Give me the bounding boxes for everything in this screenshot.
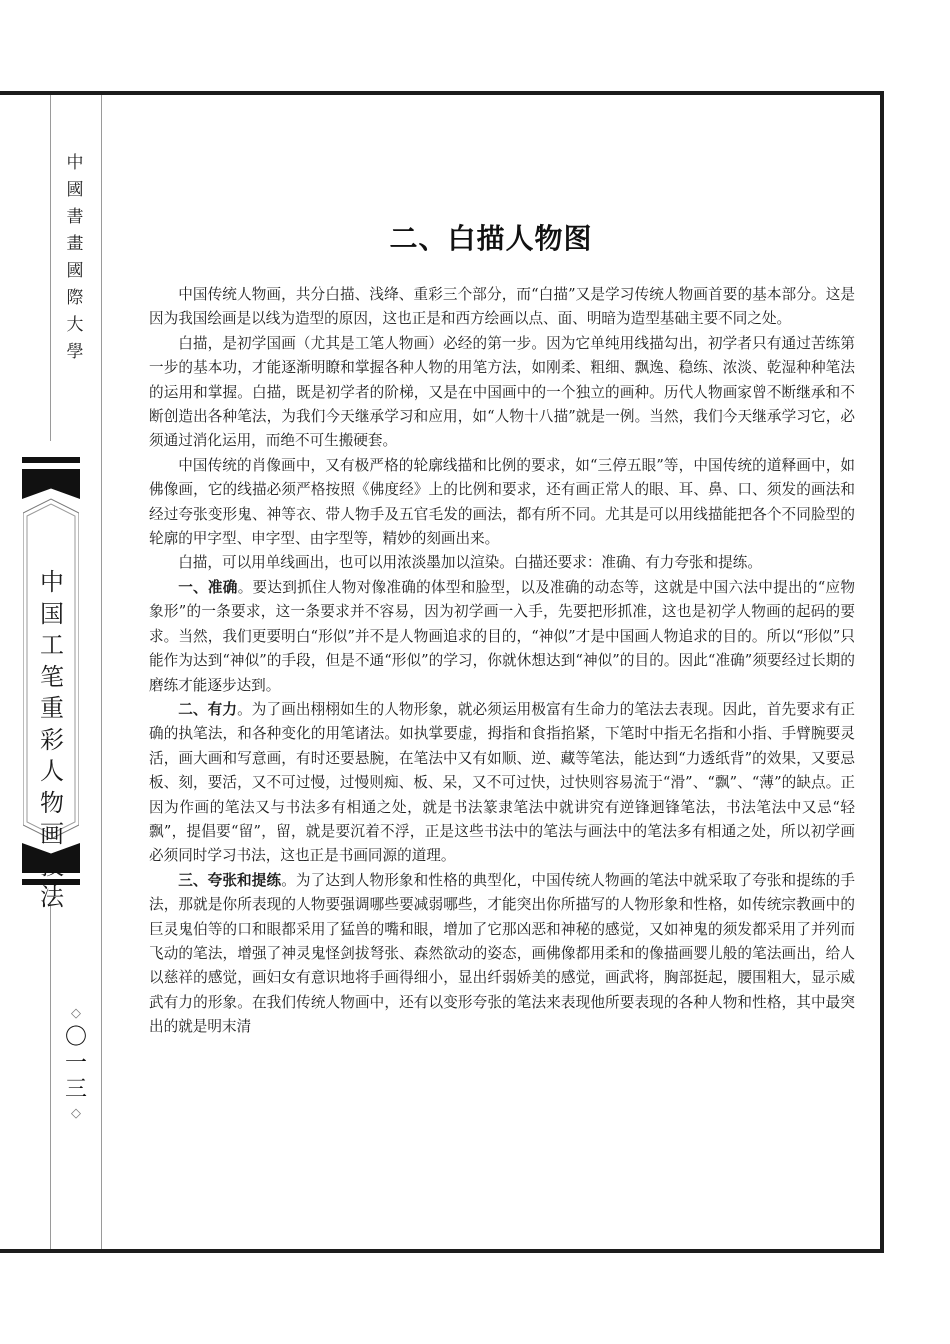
diamond-icon: ◇ bbox=[71, 1103, 81, 1125]
page-digit: 一 bbox=[65, 1051, 87, 1077]
page-number: ◇ 〇 一 三 ◇ bbox=[58, 1003, 94, 1125]
paragraph-text: 白描，可以用单线画出，也可以用浓淡墨加以渲染。白描还要求：准确、有力夸张和提练。 bbox=[178, 554, 762, 571]
paragraph: 三、夸张和提练。为了达到人物形象和性格的典型化，中国传统人物画的笔法中就采取了夸… bbox=[149, 869, 855, 1040]
paragraph-text: 中国传统的肖像画中，又有极严格的轮廓线描和比例的要求，如“三停五眼”等，中国传统… bbox=[149, 457, 855, 547]
series-char: 大 bbox=[67, 312, 84, 339]
banner-panel-outline: 中 国 工 笔 重 彩 人 物 画 技 法 bbox=[23, 497, 79, 841]
paragraph-lead: 三、夸张和提练 bbox=[178, 872, 281, 889]
paragraph: 二、有力。为了画出栩栩如生的人物形象，就必须运用极富有生命力的笔法去表现。因此，… bbox=[149, 698, 855, 869]
page-digit: 〇 bbox=[65, 1025, 87, 1051]
article-body: 中国传统人物画，共分白描、浅绛、重彩三个部分，而“白描”又是学习传统人物画首要的… bbox=[149, 283, 855, 1040]
title-char: 重 bbox=[40, 693, 64, 725]
series-char: 國 bbox=[67, 258, 84, 285]
paragraph: 一、准确。要达到抓住人物对像准确的体型和脸型，以及准确的动态等，这就是中国六法中… bbox=[149, 576, 855, 698]
title-char: 法 bbox=[40, 882, 64, 914]
paragraph-text: 。为了画出栩栩如生的人物形象，就必须运用极富有生命力的笔法去表现。因此，首先要求… bbox=[149, 701, 855, 864]
banner-chevron-top bbox=[22, 469, 80, 499]
frame-top-border bbox=[0, 91, 884, 95]
title-char: 人 bbox=[40, 756, 64, 788]
title-char: 画 bbox=[40, 819, 64, 851]
paragraph: 中国传统人物画，共分白描、浅绛、重彩三个部分，而“白描”又是学习传统人物画首要的… bbox=[149, 283, 855, 332]
banner-bar-bottom bbox=[22, 879, 80, 885]
series-char: 書 bbox=[67, 204, 84, 231]
paragraph-text: 白描，是初学国画（尤其是工笔人物画）必经的第一步。因为它单纯用线描勾出，初学者只… bbox=[149, 335, 855, 450]
title-char: 笔 bbox=[40, 662, 64, 694]
series-char: 際 bbox=[67, 285, 84, 312]
page-digit: 三 bbox=[65, 1077, 87, 1103]
paragraph: 白描，是初学国画（尤其是工笔人物画）必经的第一步。因为它单纯用线描勾出，初学者只… bbox=[149, 332, 855, 454]
series-char: 畫 bbox=[67, 231, 84, 258]
title-char: 物 bbox=[40, 788, 64, 820]
title-char: 国 bbox=[40, 599, 64, 631]
paragraph-text: 。要达到抓住人物对像准确的体型和脸型，以及准确的动态等，这就是中国六法中提出的“… bbox=[149, 579, 855, 694]
sidebar-rule-lower bbox=[50, 902, 51, 1249]
series-char: 學 bbox=[67, 339, 84, 366]
paragraph-text: 。为了达到人物形象和性格的典型化，中国传统人物画的笔法中就采取了夸张和提练的手法… bbox=[149, 872, 855, 1035]
paragraph: 中国传统的肖像画中，又有极严格的轮廓线描和比例的要求，如“三停五眼”等，中国传统… bbox=[149, 454, 855, 552]
banner-bar-top bbox=[22, 457, 80, 463]
series-name-vertical: 中 國 書 畫 國 際 大 學 bbox=[62, 150, 88, 366]
title-char: 工 bbox=[40, 630, 64, 662]
frame-right-border bbox=[880, 91, 884, 1253]
book-title-banner: 中 国 工 笔 重 彩 人 物 画 技 法 bbox=[22, 457, 80, 885]
diamond-icon: ◇ bbox=[71, 1003, 81, 1025]
series-char: 中 bbox=[67, 150, 84, 177]
sidebar-divider bbox=[101, 95, 102, 1249]
frame-bottom-border bbox=[0, 1249, 884, 1253]
paragraph-lead: 一、准确 bbox=[178, 579, 238, 596]
title-char: 彩 bbox=[40, 725, 64, 757]
paragraph-text: 中国传统人物画，共分白描、浅绛、重彩三个部分，而“白描”又是学习传统人物画首要的… bbox=[149, 286, 855, 327]
page-title: 二、白描人物图 bbox=[102, 217, 880, 257]
title-char: 中 bbox=[40, 567, 64, 599]
series-char: 國 bbox=[67, 177, 84, 204]
paragraph: 白描，可以用单线画出，也可以用浓淡墨加以渲染。白描还要求：准确、有力夸张和提练。 bbox=[149, 551, 855, 575]
sidebar-rule-upper bbox=[50, 95, 51, 441]
paragraph-lead: 二、有力 bbox=[178, 701, 237, 718]
